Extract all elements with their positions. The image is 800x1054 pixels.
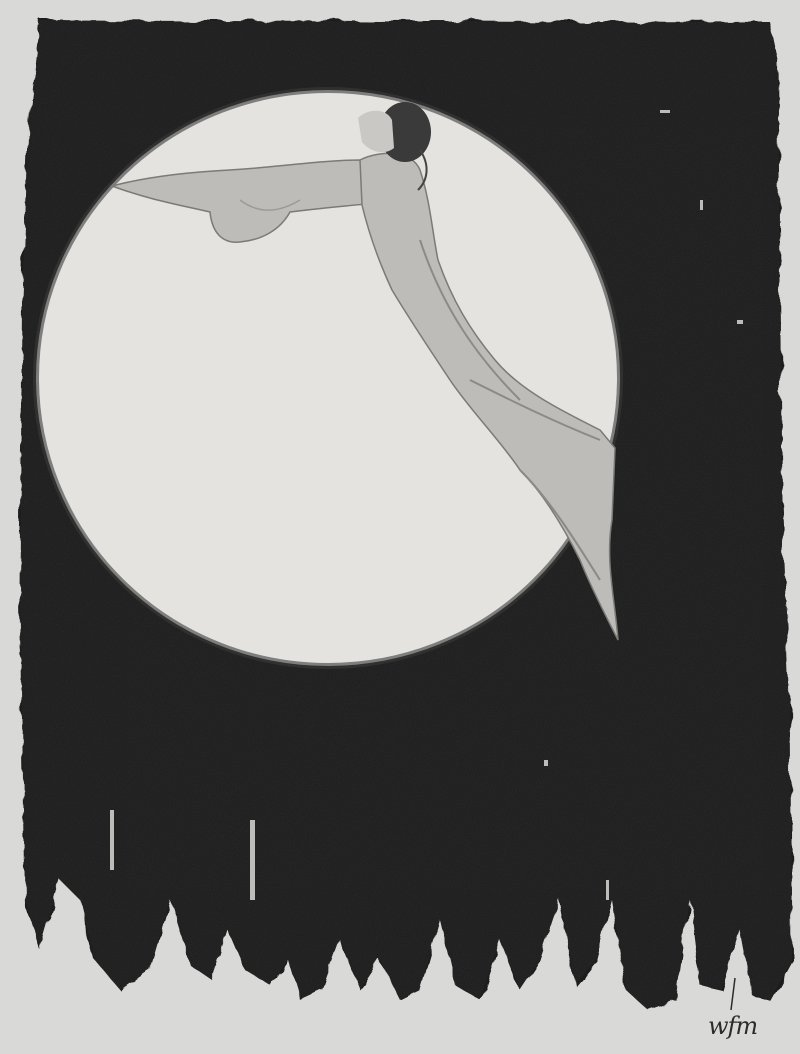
artwork-svg [0, 0, 800, 1054]
illustration: wfm [0, 0, 800, 1054]
artist-signature: wfm [708, 1012, 757, 1040]
signature-stroke [731, 978, 735, 1010]
